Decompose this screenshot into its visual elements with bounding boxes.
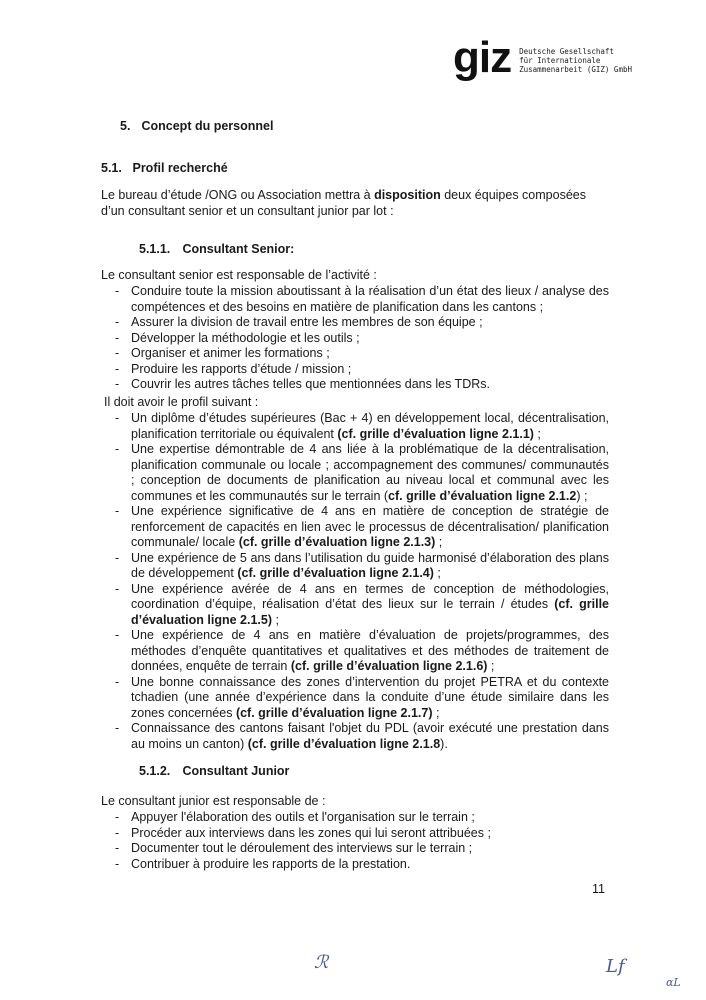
list-item: Procéder aux interviews dans les zones q…	[101, 826, 609, 842]
list-item: Une expérience avérée de 4 ans en termes…	[101, 582, 609, 629]
senior-responsibilities-list: Conduire toute la mission aboutissant à …	[101, 284, 609, 393]
page-number: 11	[592, 882, 605, 896]
list-item: Assurer la division de travail entre les…	[101, 315, 609, 331]
junior-responsibilities-intro: Le consultant junior est responsable de …	[101, 794, 609, 810]
section-heading-5: 5. Concept du personnel	[120, 119, 273, 133]
junior-responsibilities-list: Appuyer l'élaboration des outils et l'or…	[101, 810, 609, 872]
handwritten-initial: Lf	[606, 956, 625, 977]
list-item: Une expérience de 4 ans en matière d’éva…	[101, 628, 609, 675]
list-item: Une bonne connaissance des zones d’inter…	[101, 675, 609, 722]
senior-profile-intro: Il doit avoir le profil suivant :	[104, 395, 612, 411]
list-item: Contribuer à produire les rapports de la…	[101, 857, 609, 873]
section-heading-5-1: 5.1. Profil recherché	[101, 161, 228, 175]
list-item: Appuyer l'élaboration des outils et l'or…	[101, 810, 609, 826]
logo-org-name: Deutsche Gesellschaft für Internationale…	[519, 47, 632, 76]
section-heading-5-1-1: 5.1.1. Consultant Senior:	[139, 242, 294, 256]
handwritten-initial: ℛ	[314, 952, 328, 973]
logo-mark: giz	[453, 40, 511, 76]
giz-logo: giz Deutsche Gesellschaft für Internatio…	[453, 40, 632, 76]
list-item: Une expérience de 5 ans dans l’utilisati…	[101, 551, 609, 582]
list-item: Une expérience significative de 4 ans en…	[101, 504, 609, 551]
intro-paragraph: Le bureau d’étude /ONG ou Association me…	[101, 188, 609, 219]
list-item: Développer la méthodologie et les outils…	[101, 331, 609, 347]
handwritten-initial: αL	[666, 976, 681, 989]
list-item: Couvrir les autres tâches telles que men…	[101, 377, 609, 393]
section-heading-5-1-2: 5.1.2. Consultant Junior	[139, 764, 289, 778]
list-item: Documenter tout le déroulement des inter…	[101, 841, 609, 857]
senior-profile-list: Un diplôme d’études supérieures (Bac + 4…	[101, 411, 609, 752]
list-item: Organiser et animer les formations ;	[101, 346, 609, 362]
senior-responsibilities-intro: Le consultant senior est responsable de …	[101, 268, 609, 284]
list-item: Produire les rapports d’étude / mission …	[101, 362, 609, 378]
list-item: Conduire toute la mission aboutissant à …	[101, 284, 609, 315]
list-item: Une expertise démontrable de 4 ans liée …	[101, 442, 609, 504]
list-item: Connaissance des cantons faisant l'objet…	[101, 721, 609, 752]
list-item: Un diplôme d’études supérieures (Bac + 4…	[101, 411, 609, 442]
